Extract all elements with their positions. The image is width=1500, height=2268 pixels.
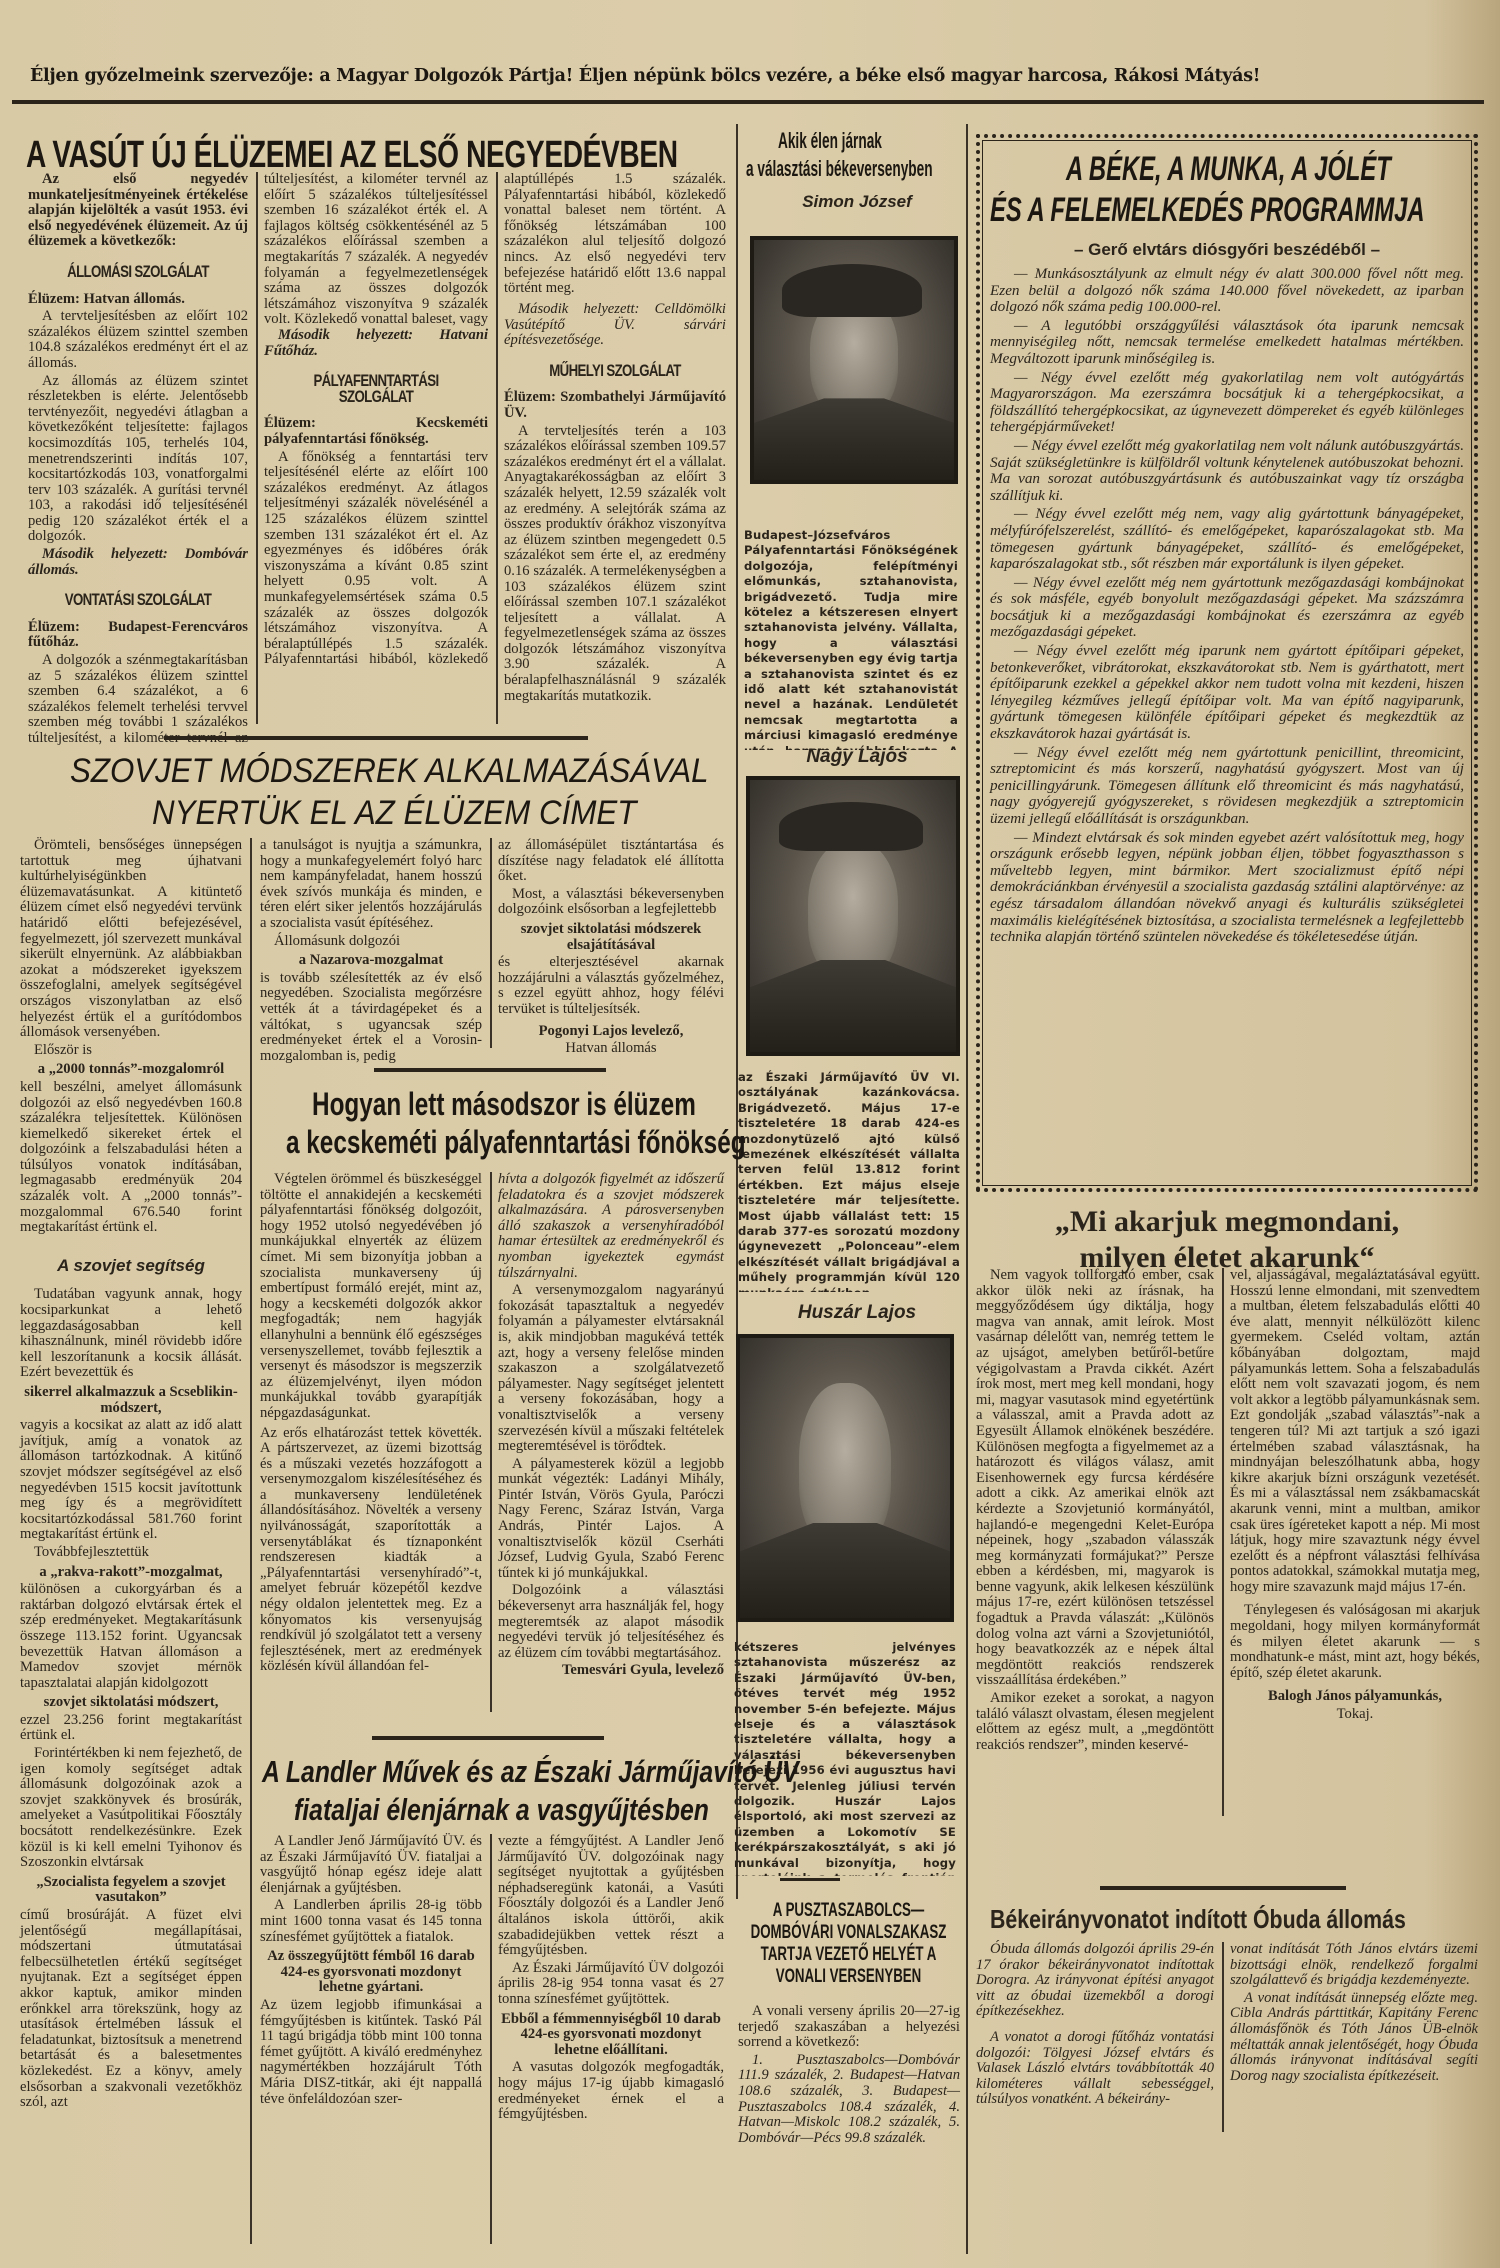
obuda-paragraph: Óbuda állomás dolgozói április 29-én 17 … xyxy=(976,1942,1214,2020)
subheading-szovjet-segitseg: A szovjet segítség xyxy=(20,1258,242,1274)
box-paragraph: — Négy évvel ezelőtt még nem gyártottunk… xyxy=(990,575,1464,641)
szovjet-paragraph: ezzel 23.256 forint megtakarítást értünk… xyxy=(20,1713,242,1744)
szovjet-paragraph: című brosúráját. A füzet elvi jelentőség… xyxy=(20,1908,242,2111)
person-name-simon: Simon József xyxy=(740,192,974,212)
mi-akarjuk-column-2: vel, aljasságával, megaláztatásával együ… xyxy=(1230,1268,1480,1725)
box-paragraph: — Négy évvel ezelőtt még nem gyártottunk… xyxy=(990,745,1464,828)
section-rule xyxy=(164,736,588,740)
pusztaszabolcs-ranking: 1. Pusztaszabolcs—Dombóvár 111.9 százalé… xyxy=(738,2053,960,2147)
box-title-2: ÉS A FELEMELKEDÉS PROGRAMMJA xyxy=(990,191,1322,230)
szovjet-column-2: a tanulságot is nyujtja a számunkra, hog… xyxy=(260,838,482,1066)
photo-simon-jozsef xyxy=(750,236,958,484)
szovjet-paragraph: kell beszélni, amelyet állomásunk dolgoz… xyxy=(20,1080,242,1236)
section-paragraph: A tervteljesítés terén a 103 százalékos … xyxy=(504,424,726,705)
caption-nagy: az Északi Járműjavító ÜV VI. osztályának… xyxy=(738,1070,960,1292)
masthead-rule xyxy=(12,100,1484,104)
headline-mi-akarjuk: „Mi akarjuk megmondani, milyen életet ak… xyxy=(976,1204,1478,1276)
sidebar-title-2: a választási békeversenyben xyxy=(746,156,891,182)
szovjet-paragraph: a tanulságot is nyujtja a számunkra, hog… xyxy=(260,838,482,932)
section-heading-vontatasi: VONTATÁSI SZOLGÁLAT xyxy=(52,592,224,608)
box-paragraph: — Négy évvel ezelőtt még nem, vagy alig … xyxy=(990,506,1464,572)
kecskemet-paragraph: hívta a dolgozók figyelmét az időszerű f… xyxy=(498,1172,724,1281)
caption-simon: Budapest–Józsefváros Pályafenntartási Fő… xyxy=(744,528,958,750)
portrait-coat xyxy=(754,398,954,480)
szovjet-paragraph: Tudatában vagyunk annak, hogy kocsiparku… xyxy=(20,1287,242,1381)
box-program-content: A BÉKE, A MUNKA, A JÓLÉT ÉS A FELEMELKED… xyxy=(990,150,1464,948)
column-rule xyxy=(256,172,258,724)
landler-paragraph: A Landler Jenő Járműjavító ÜV. és az Ész… xyxy=(260,1834,482,1896)
headline-landler-1: A Landler Művek és az Északi Járműjavító… xyxy=(262,1754,799,1790)
headline-mi-akarjuk-1: „Mi akarjuk megmondani, xyxy=(976,1204,1478,1240)
section-heading-muhelyi: MŰHELYI SZOLGÁLAT xyxy=(528,363,701,379)
landler-bold-1: Az összegyűjtött fémből 16 darab 424-es … xyxy=(260,1949,482,1996)
column-rule xyxy=(1222,1268,1224,1816)
kecskemet-paragraph: A pályamesterek közül a legjobb munkát v… xyxy=(498,1457,724,1582)
signature-balogh: Balogh János pályamunkás, xyxy=(1230,1689,1480,1705)
pusztaszabolcs-intro: A vonali verseny április 20—27-ig terjed… xyxy=(738,2004,960,2051)
column-rule xyxy=(736,124,738,1899)
section-rule xyxy=(374,1068,606,1072)
landler-column-2: vezte a fémgyűjtést. A Landler Jenő Járm… xyxy=(498,1834,724,2125)
section-heading-palyafenntartasi: PÁLYAFENNTARTÁSI SZOLGÁLAT xyxy=(289,373,464,404)
landler-paragraph: A Landlerben április 28-ig több mint 160… xyxy=(260,1898,482,1945)
headline-szovjet-2: NYERTÜK EL AZ ÉLÜZEM CÍMET xyxy=(152,794,636,833)
kecskemet-column-1: Végtelen örömmel és büszkeséggel töltött… xyxy=(260,1172,482,1677)
section-second-place: Második helyezett: Hatvani Fűtőház. xyxy=(264,328,488,359)
column-rule xyxy=(490,838,492,1048)
headline-kecskemet-2: a kecskeméti pályafenntartási főnökség xyxy=(286,1124,746,1161)
box-paragraph: — A legutóbbi országgyűlési választások … xyxy=(990,318,1464,368)
szovjet-bold-brosura: „Szocialista fegyelem a szovjet vasutako… xyxy=(20,1875,242,1906)
section-rule xyxy=(372,1736,604,1740)
szovjet-paragraph: Örömteli, bensőséges ünnepségen tartottu… xyxy=(20,838,242,1041)
masthead-slogan: Éljen győzelmeink szervezője: a Magyar D… xyxy=(30,66,1470,86)
section-rule xyxy=(780,1878,840,1881)
section-paragraph-continued: A dolgozók a szénmegtakarításban az 5 sz… xyxy=(264,94,488,326)
vasut-column-3: alaptúllépés 1.5 százalék. Pályafenntart… xyxy=(504,172,726,706)
szovjet-bold-siktolatasi: szovjet siktolatási módszert, xyxy=(20,1695,242,1711)
landler-paragraph: Az Északi Járműjavító ÜV dolgozói áprili… xyxy=(498,1961,724,2008)
signature-tokaj: Tokaj. xyxy=(1230,1707,1480,1723)
szovjet-column-1: Örömteli, bensőséges ünnepségen tartottu… xyxy=(20,838,242,2113)
headline-kecskemet-1: Hogyan lett másodszor is élüzem xyxy=(312,1086,696,1123)
szovjet-paragraph: is tovább szélesítették az év első negye… xyxy=(260,971,482,1065)
section-paragraph: A főnökség a fenntartási terv teljesítés… xyxy=(264,450,488,668)
kecskemet-column-2: hívta a dolgozók figyelmét az időszerű f… xyxy=(498,1172,724,1681)
kecskemet-paragraph: Végtelen örömmel és büszkeséggel töltött… xyxy=(260,1172,482,1422)
szovjet-bold-nazarova: a Nazarova-mozgalmat xyxy=(260,953,482,969)
szovjet-paragraph: és elterjesztésével akarnak hozzájárulni… xyxy=(498,955,724,1017)
szovjet-paragraph: az állomásépület tisztántartása és díszí… xyxy=(498,838,724,885)
vasut-column-1: Az első negyedév munkateljesítményeinek … xyxy=(28,172,248,747)
box-paragraph: — Munkásosztályunk az elmult négy év ala… xyxy=(990,266,1464,316)
person-name-nagy: Nagy Lajos xyxy=(740,746,974,768)
szovjet-paragraph: különösen a cukorgyárban és a raktárban … xyxy=(20,1582,242,1691)
mi-akarjuk-paragraph: Amikor ezeket a sorokat, a nagyon találó… xyxy=(976,1691,1214,1753)
section-unit-vontatasi: Élüzem: Budapest-Ferencváros fűtőház. xyxy=(28,620,248,651)
column-rule xyxy=(490,1172,492,1712)
person-name-huszar: Huszár Lajos xyxy=(740,1302,974,1324)
column-rule xyxy=(490,1834,492,2244)
szovjet-paragraph: Forintértékben ki nem fejezhető, de igen… xyxy=(20,1746,242,1871)
section-paragraph: A tervteljesítésben az előírt 102 százal… xyxy=(28,309,248,371)
szovjet-bold-scseblikin: sikerrel alkalmazzuk a Scseblikin-módsze… xyxy=(20,1385,242,1416)
mi-akarjuk-paragraph: Nem vagyok tollforgató ember, csak akkor… xyxy=(976,1268,1214,1689)
box-title-1: A BÉKE, A MUNKA, A JÓLÉT xyxy=(1066,150,1398,189)
section-rule xyxy=(1100,1886,1346,1890)
portrait-cap xyxy=(782,264,922,317)
szovjet-column-3: az állomásépület tisztántartása és díszí… xyxy=(498,838,724,1059)
portrait-coat xyxy=(750,960,956,1052)
szovjet-bold-siktolatasi-2: szovjet siktolatási módszerek elsajátítá… xyxy=(498,922,724,953)
portrait-coat xyxy=(740,1523,950,1618)
section-heading-allomasi: ÁLLOMÁSI SZOLGÁLAT xyxy=(52,264,224,280)
szovjet-paragraph: Továbbfejlesztettük xyxy=(20,1545,242,1561)
landler-paragraph: vezte a fémgyűjtést. A Landler Jenő Járm… xyxy=(498,1834,724,1959)
column-rule xyxy=(966,124,968,2254)
kecskemet-paragraph: A versenymozgalom nagyarányú fokozását t… xyxy=(498,1283,724,1455)
mi-akarjuk-paragraph: vel, aljasságával, megaláztatásával együ… xyxy=(1230,1268,1480,1595)
column-rule xyxy=(250,838,252,2244)
portrait-cap xyxy=(779,802,923,851)
sidebar-leaders: Akik élen járnak a választási békeversen… xyxy=(740,128,974,212)
section-second-place: Második helyezett: Celldömölki Vasútépít… xyxy=(504,302,726,349)
mi-akarjuk-column-1: Nem vagyok tollforgató ember, csak akkor… xyxy=(976,1268,1214,1755)
sidebar-title-1: Akik élen járnak xyxy=(778,128,923,154)
signature-pogonyi: Pogonyi Lajos levelező, xyxy=(498,1024,724,1040)
landler-column-1: A Landler Jenő Járműjavító ÜV. és az Ész… xyxy=(260,1834,482,2109)
szovjet-bold-2000: a „2000 tonnás”-mozgalomról xyxy=(20,1062,242,1078)
kecskemet-paragraph: Az erős elhatározást tettek követték. A … xyxy=(260,1426,482,1676)
headline-landler-2: fiataljai élenjárnak a vasgyűjtésben xyxy=(294,1792,709,1828)
box-paragraph: — Mindezt elvtársak és sok minden egyebe… xyxy=(990,830,1464,946)
szovjet-paragraph: Állomásunk dolgozói xyxy=(260,934,482,950)
box-paragraph: — Négy évvel ezelőtt még iparunk nem gyá… xyxy=(990,643,1464,743)
szovjet-paragraph: Először is xyxy=(20,1043,242,1059)
box-subtitle: – Gerő elvtárs diósgyőri beszédéből – xyxy=(990,240,1464,260)
section-unit-allomasi: Élüzem: Hatvan állomás. xyxy=(28,292,248,308)
article-pusztaszabolcs: A PUSZTASZABOLCS—DOMBÓVÁRI VONALSZAKASZ … xyxy=(738,1900,960,2148)
photo-huszar-lajos xyxy=(736,1334,954,1622)
obuda-column-2: vonat indítását Tóth János elvtárs üzemi… xyxy=(1230,1942,1478,2086)
headline-szovjet-1: SZOVJET MÓDSZEREK ALKALMAZÁSÁVAL xyxy=(70,752,709,791)
section-paragraph-continued: alaptúllépés 1.5 százalék. Pályafenntart… xyxy=(504,172,726,300)
szovjet-paragraph: Most, a választási békeversenyben dolgoz… xyxy=(498,887,724,918)
section-second-place: Második helyezett: Dombóvár állomás. xyxy=(28,547,248,578)
headline-obuda: Békeirányvonatot indított Óbuda állomás xyxy=(990,1904,1406,1935)
mi-akarjuk-paragraph: Ténylegesen és valóságosan mi akarjuk me… xyxy=(1230,1603,1480,1681)
section-paragraph: Az állomás az élüzem szintet részletekbe… xyxy=(28,374,248,546)
column-rule xyxy=(496,172,498,724)
headline-pusztaszabolcs: A PUSZTASZABOLCS—DOMBÓVÁRI VONALSZAKASZ … xyxy=(740,1900,957,1988)
pusztaszabolcs-body: A vonali verseny április 20—27-ig terjed… xyxy=(738,2004,960,2146)
column-rule xyxy=(1222,1942,1224,2132)
box-paragraph: — Négy évvel ezelőtt még gyakorlatilag n… xyxy=(990,370,1464,436)
szovjet-bold-rakva: a „rakva-rakott”-mozgalmat, xyxy=(20,1565,242,1581)
obuda-column-1: Óbuda állomás dolgozói április 29-én 17 … xyxy=(976,1942,1214,2110)
kecskemet-paragraph: Dolgozóink a választási békeversenyt arr… xyxy=(498,1583,724,1661)
landler-paragraph: Az üzem legjobb ifimunkásai a fémgyűjtés… xyxy=(260,1998,482,2107)
box-paragraph: — Négy évvel ezelőtt még gyakorlatilag n… xyxy=(990,438,1464,504)
section-unit-palyafenntartasi: Élüzem: Kecskeméti pályafenntartási főnö… xyxy=(264,416,488,447)
section-unit-muhelyi: Élüzem: Szombathelyi Járműjavító ÜV. xyxy=(504,390,726,421)
obuda-paragraph: A vonatot a dorogi fűtőház vontatási dol… xyxy=(976,2030,1214,2108)
obuda-paragraph: vonat indítását Tóth János elvtárs üzemi… xyxy=(1230,1942,1478,1989)
section-paragraph: A dolgozók a szénmegtakarításban az 5 sz… xyxy=(28,653,248,745)
landler-paragraph: A vasutas dolgozók megfogadták, hogy máj… xyxy=(498,2060,724,2122)
obuda-paragraph: A vonat indítását ünnepség előzte meg. C… xyxy=(1230,1991,1478,2085)
signature-hatvan: Hatvan állomás xyxy=(498,1041,724,1057)
vasut-column-2: A dolgozók a szénmegtakarításban az 5 sz… xyxy=(264,172,488,670)
photo-nagy-lajos xyxy=(746,776,960,1056)
signature-temesvari: Temesvári Gyula, levelező xyxy=(498,1663,724,1679)
landler-bold-2: Ebből a fémmennyiségből 10 darab 424-es … xyxy=(498,2012,724,2059)
box-body: — Munkásosztályunk az elmult négy év ala… xyxy=(990,266,1464,946)
newspaper-page: Éljen győzelmeink szervezője: a Magyar D… xyxy=(0,0,1500,2268)
szovjet-paragraph: vagyis a kocsikat az alatt az idő alatt … xyxy=(20,1418,242,1543)
vasut-intro: Az első negyedév munkateljesítményeinek … xyxy=(28,172,248,250)
